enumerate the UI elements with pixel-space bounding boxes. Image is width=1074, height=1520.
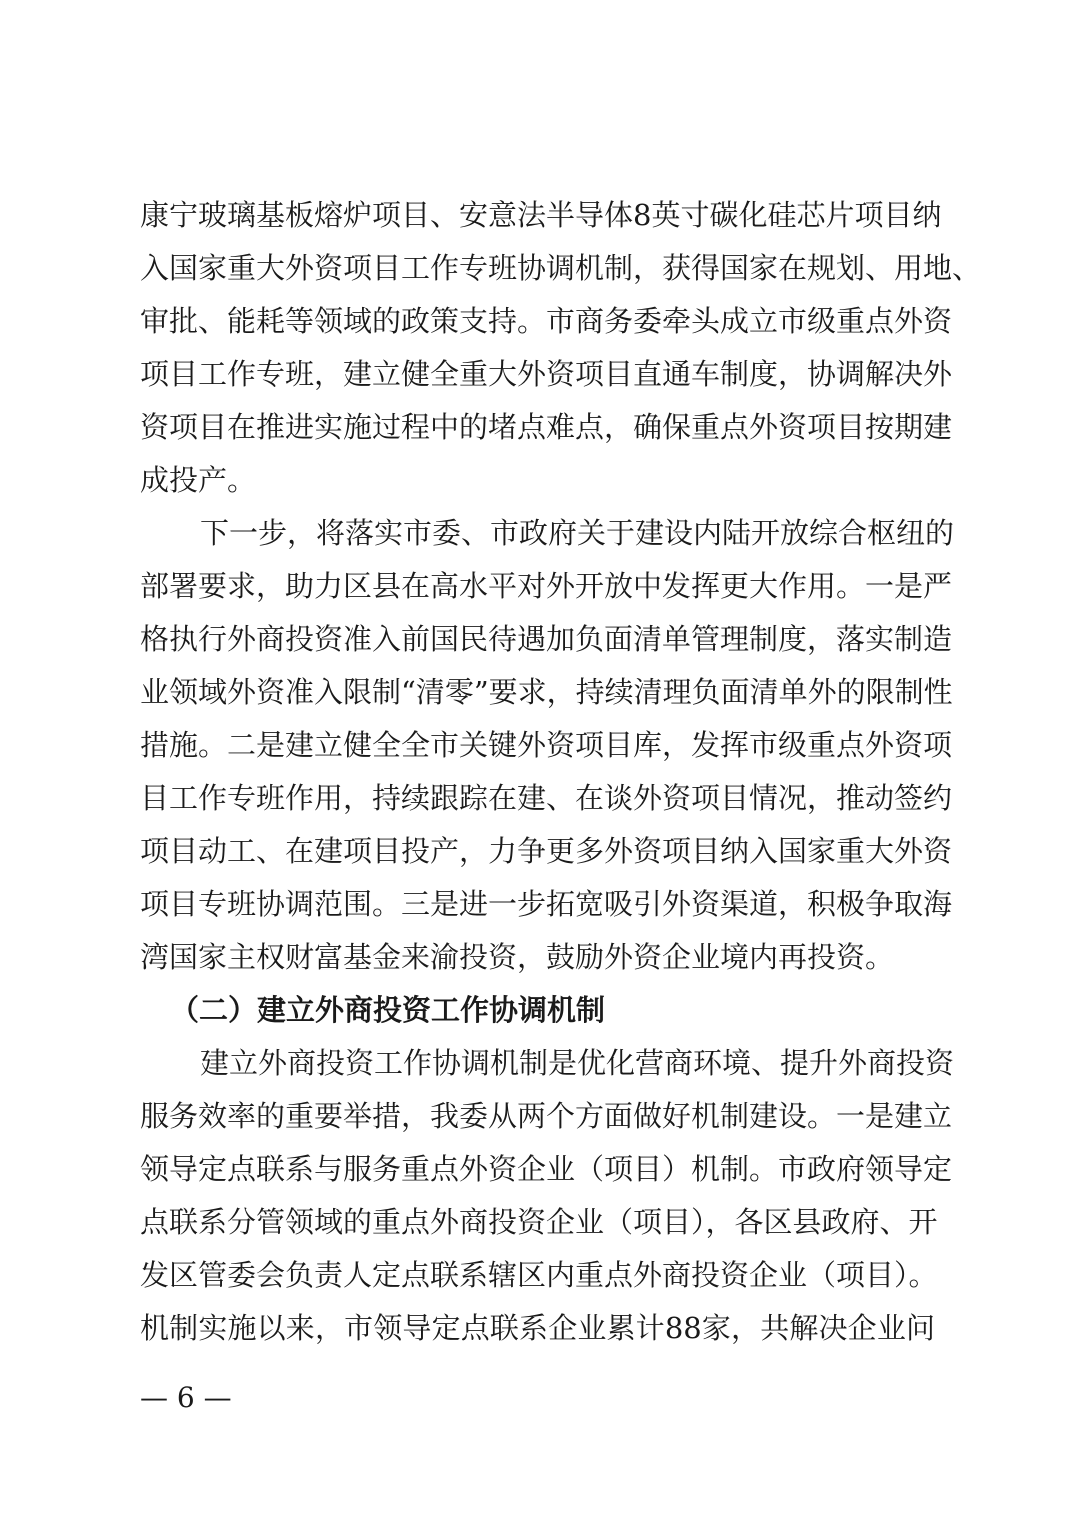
text-line: 项目工作专班，建立健全重大外资项目直通车制度，协调解决外 [140, 354, 935, 394]
paragraph-start: 下一步，将落实市委、市政府关于建设内陆开放综合枢纽的 [200, 513, 935, 553]
text-line: 机制实施以来，市领导定点联系企业累计88家，共解决企业问 [140, 1308, 935, 1348]
text-line: 成投产。 [140, 460, 935, 500]
text-line: 康宁玻璃基板熔炉项目、安意法半导体8英寸碳化硅芯片项目纳 [140, 195, 935, 235]
section-heading: （二）建立外商投资工作协调机制 [170, 990, 870, 1030]
text-line: 发区管委会负责人定点联系辖区内重点外商投资企业（项目）。 [140, 1255, 935, 1295]
text-line: 项目动工、在建项目投产，力争更多外资项目纳入国家重大外资 [140, 831, 935, 871]
text-line: 入国家重大外资项目工作专班协调机制，获得国家在规划、用地、 [140, 248, 935, 288]
text-line: 点联系分管领域的重点外商投资企业（项目），各区县政府、开 [140, 1202, 935, 1242]
text-line: 目工作专班作用，持续跟踪在建、在谈外资项目情况，推动签约 [140, 778, 935, 818]
text-line: 资项目在推进实施过程中的堵点难点，确保重点外资项目按期建 [140, 407, 935, 447]
document-page: 康宁玻璃基板熔炉项目、安意法半导体8英寸碳化硅芯片项目纳 入国家重大外资项目工作… [0, 0, 1074, 1520]
text-line: 湾国家主权财富基金来渝投资，鼓励外资企业境内再投资。 [140, 937, 935, 977]
text-line: 领导定点联系与服务重点外资企业（项目）机制。市政府领导定 [140, 1149, 935, 1189]
text-line: 服务效率的重要举措，我委从两个方面做好机制建设。一是建立 [140, 1096, 935, 1136]
text-line: 部署要求，助力区县在高水平对外开放中发挥更大作用。一是严 [140, 566, 935, 606]
text-line: 格执行外商投资准入前国民待遇加负面清单管理制度，落实制造 [140, 619, 935, 659]
page-number: — 6 — [140, 1380, 232, 1416]
paragraph-start: 建立外商投资工作协调机制是优化营商环境、提升外商投资 [200, 1043, 935, 1083]
text-line: 业领域外资准入限制“清零”要求，持续清理负面清单外的限制性 [140, 672, 935, 712]
text-line: 措施。二是建立健全全市关键外资项目库，发挥市级重点外资项 [140, 725, 935, 765]
text-line: 项目专班协调范围。三是进一步拓宽吸引外资渠道，积极争取海 [140, 884, 935, 924]
text-line: 审批、能耗等领域的政策支持。市商务委牵头成立市级重点外资 [140, 301, 935, 341]
